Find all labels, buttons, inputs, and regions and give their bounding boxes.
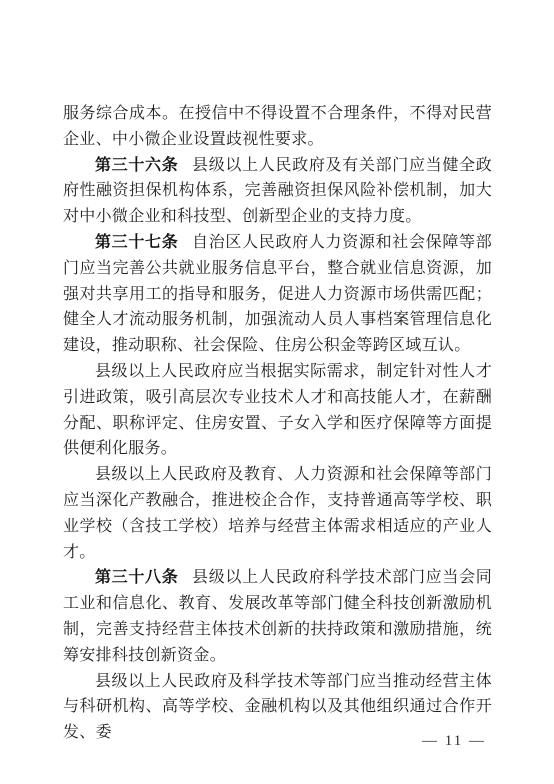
paragraph-text: 县级以上人民政府及科学技术等部门应当推动经营主体与科研机构、高等学校、金融机构以… [63, 673, 492, 742]
paragraph-text: 自治区人民政府人力资源和社会保障等部门应当完善公共就业服务信息平台，整合就业信息… [63, 234, 492, 354]
paragraph-continuation: 服务综合成本。在授信中不得设置不合理条件，不得对民营企业、中小微企业设置歧视性要… [63, 101, 492, 153]
paragraph-text: 服务综合成本。在授信中不得设置不合理条件，不得对民营企业、中小微企业设置歧视性要… [63, 105, 492, 148]
article-37-paragraph-3: 县级以上人民政府及教育、人力资源和社会保障等部门应当深化产教融合，推进校企合作，… [63, 462, 492, 565]
paragraph-text: 县级以上人民政府应当根据实际需求，制定针对性人才引进政策，吸引高层次专业技术人才… [63, 363, 492, 457]
article-36-paragraph: 第三十六条县级以上人民政府及有关部门应当健全政府性融资担保机构体系，完善融资担保… [63, 153, 492, 230]
article-38-label: 第三十八条 [95, 569, 178, 586]
article-38-paragraph: 第三十八条县级以上人民政府科学技术部门应当会同工业和信息化、教育、发展改革等部门… [63, 565, 492, 668]
article-37-paragraph: 第三十七条自治区人民政府人力资源和社会保障等部门应当完善公共就业服务信息平台，整… [63, 230, 492, 359]
document-page: 服务综合成本。在授信中不得设置不合理条件，不得对民营企业、中小微企业设置歧视性要… [0, 0, 554, 784]
article-37-paragraph-2: 县级以上人民政府应当根据实际需求，制定针对性人才引进政策，吸引高层次专业技术人才… [63, 359, 492, 462]
article-37-label: 第三十七条 [95, 234, 178, 251]
paragraph-text: 县级以上人民政府及教育、人力资源和社会保障等部门应当深化产教融合，推进校企合作，… [63, 466, 492, 560]
page-number: — 11 — [422, 733, 486, 750]
document-body: 服务综合成本。在授信中不得设置不合理条件，不得对民营企业、中小微企业设置歧视性要… [63, 101, 492, 746]
article-36-label: 第三十六条 [95, 157, 178, 174]
